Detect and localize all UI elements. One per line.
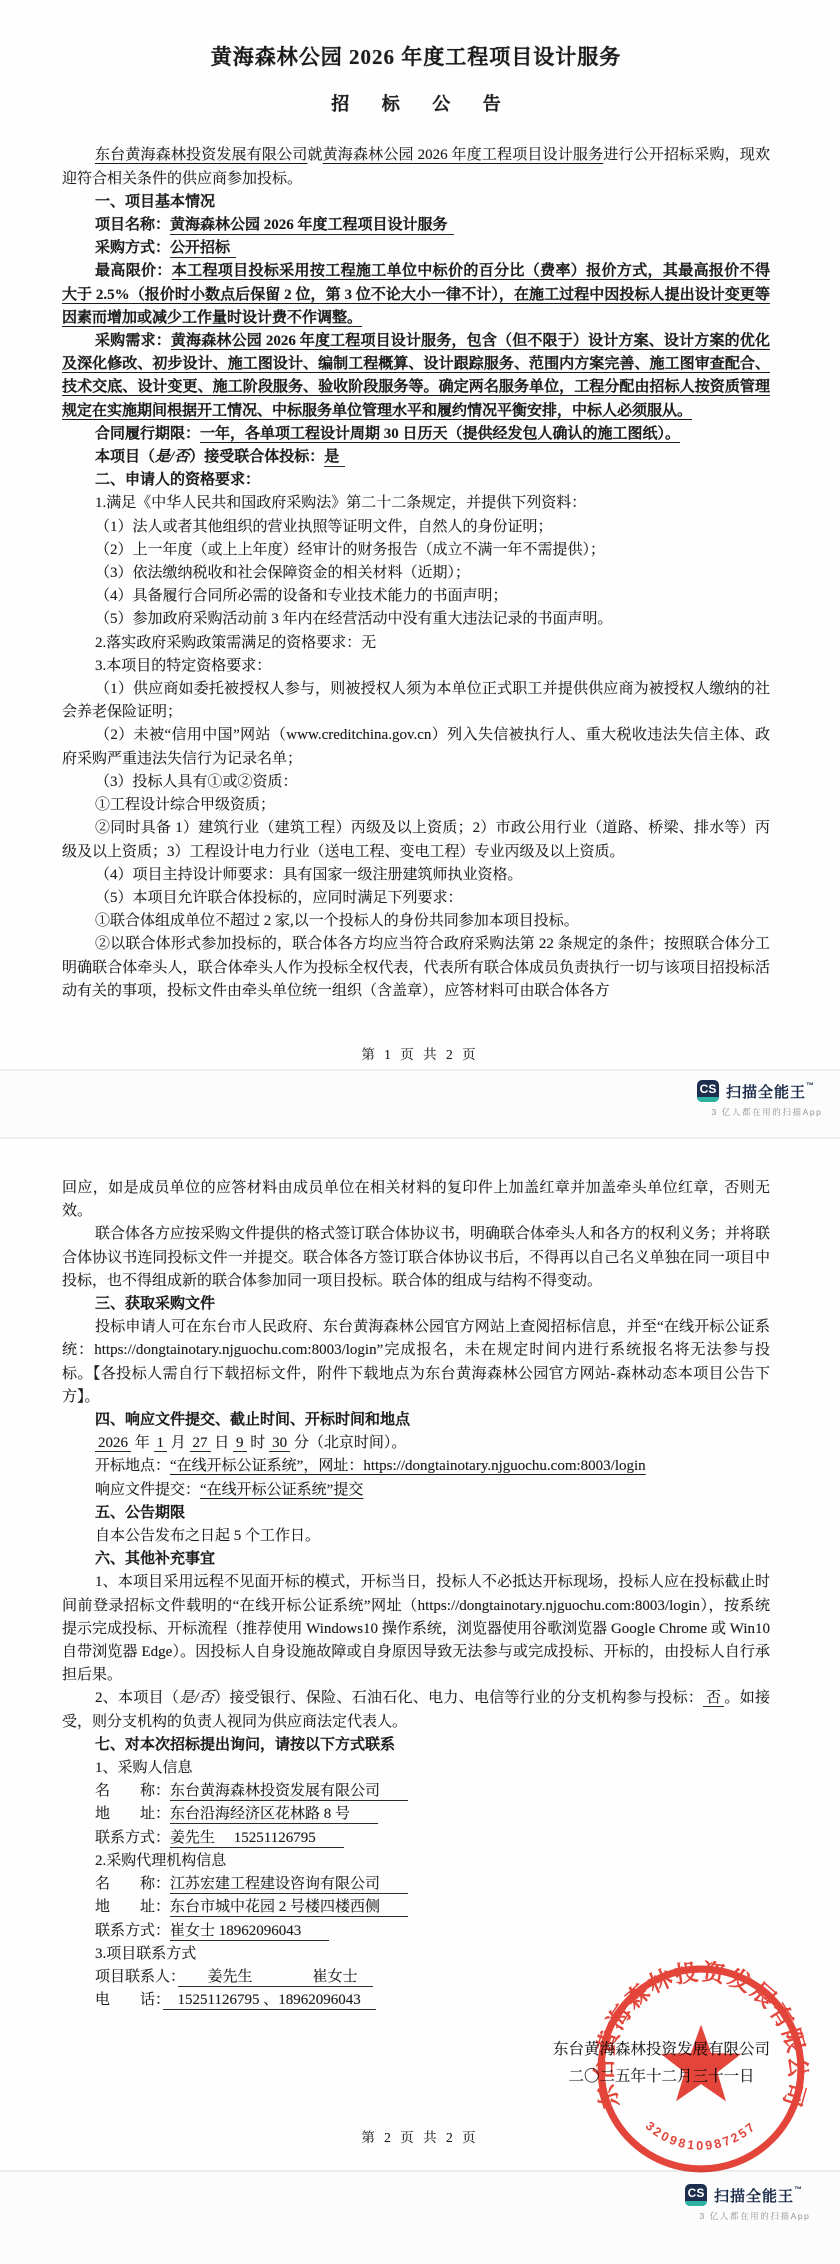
field-max-price: 最高限价：本工程项目投标采用按工程施工单位中标价的百分比（费率）报价方式，其最高…: [62, 260, 770, 330]
page-1-footer: 第 1 页 共 2 页: [0, 1043, 840, 1063]
purchaser-address: 东台沿海经济区花林路 8 号: [170, 1806, 378, 1824]
field-label: 最高限价：: [95, 263, 172, 279]
field-project-name: 项目名称：黄海森林公园 2026 年度工程项目设计服务: [62, 214, 770, 237]
page-1: 黄海森林公园 2026 年度工程项目设计服务 招 标 公 告 东台黄海森林投资发…: [0, 0, 840, 1071]
company-stamp: 东台黄海森林投资发展有限公司 3209810987257: [592, 1960, 810, 2178]
section-4-heading: 四、响应文件提交、截止时间、开标时间和地点: [62, 1409, 770, 1432]
field-label: 采购方式：: [95, 240, 170, 256]
contact-row: 联系方式：崔女士 18962096043: [62, 1920, 770, 1943]
month-value: 1: [154, 1435, 168, 1452]
project-phones: 15251126795 、18962096043: [163, 1992, 376, 2010]
contact-row: 名 称：江苏宏建工程建设咨询有限公司: [62, 1873, 770, 1896]
section-7-heading: 七、对本次招标提出询问，请按以下方式联系: [62, 1734, 770, 1757]
field-value: 一年，各单项工程设计周期 30 日历天（提供经发包人确认的施工图纸）。: [200, 426, 680, 442]
intro-paragraph: 东台黄海森林投资发展有限公司就黄海森林公园 2026 年度工程项目设计服务进行公…: [62, 144, 770, 190]
agency-company: 江苏宏建工程建设咨询有限公司: [170, 1876, 408, 1894]
purchaser-name: 东台黄海森林投资发展有限公司: [95, 147, 307, 163]
qualification-item: （5）参加政府采购活动前 3 年内在经营活动中没有重大违法记录的书面声明。: [62, 608, 770, 631]
page-2-content: 回应，如是成员单位的应答材料由成员单位在相关材料的复印件上加盖红章并加盖牵头单位…: [0, 1139, 840, 2012]
page-1-content: 黄海森林公园 2026 年度工程项目设计服务 招 标 公 告 东台黄海森林投资发…: [0, 46, 840, 1003]
trademark-symbol: ™: [806, 1081, 815, 1090]
watermark-title: 扫描全能王™: [714, 2185, 803, 2206]
qualification-item: （1）法人或者其他组织的营业执照等证明文件，自然人的身份证明；: [62, 516, 770, 539]
submission-method: “在线开标公证系统”提交: [200, 1482, 363, 1498]
qualification-item: ①工程设计综合甲级资质；: [62, 794, 770, 817]
branch-participation-paragraph: 2、本项目（是/否）接受银行、保险、石油石化、电力、电信等行业的分支机构参与投标…: [62, 1687, 770, 1733]
qualification-item: ②以联合体形式参加投标的，联合体各方均应当符合政府采购法第 22 条规定的条件；…: [62, 933, 770, 1003]
field-value: 公开招标: [170, 240, 236, 258]
joint-agreement-paragraph: 联合体各方应按采购文件提供的格式签订联合体协议书，明确联合体牵头人和各方的权利义…: [62, 1223, 770, 1293]
watermark-title: 扫描全能王™: [726, 1081, 815, 1102]
purchaser-company: 东台黄海森林投资发展有限公司: [170, 1783, 408, 1801]
day-value: 27: [190, 1435, 211, 1452]
contact-row: 名 称：东台黄海森林投资发展有限公司: [62, 1780, 770, 1803]
field-label: 合同履行期限：: [95, 426, 200, 442]
year-value: 2026: [95, 1435, 131, 1452]
scanned-document: 黄海森林公园 2026 年度工程项目设计服务 招 标 公 告 东台黄海森林投资发…: [0, 0, 840, 2264]
field-contract-term: 合同履行期限：一年，各单项工程设计周期 30 日历天（提供经发包人确认的施工图纸…: [62, 423, 770, 446]
contact-row: 联系方式：姜先生 15251126795: [62, 1827, 770, 1850]
section-1-heading: 一、项目基本情况: [62, 191, 770, 214]
qualification-item: （2）未被“信用中国”网站（www.creditchina.gov.cn）列入失…: [62, 724, 770, 770]
field-value: 黄海森林公园 2026 年度工程项目设计服务: [170, 217, 454, 235]
branch-answer: 否: [703, 1690, 724, 1707]
qualification-item: 2.落实政府采购政策需满足的资格要求：无: [62, 632, 770, 655]
qualification-item: （4）具备履行合同所必需的设备和专业技术能力的书面声明；: [62, 585, 770, 608]
stamp-star-icon: [661, 2025, 742, 2102]
contact-row: 地 址：东台沿海经济区花林路 8 号: [62, 1803, 770, 1826]
section-5-heading: 五、公告期限: [62, 1502, 770, 1525]
agency-info-heading: 2.采购代理机构信息: [62, 1850, 770, 1873]
qualification-item: 1.满足《中华人民共和国政府采购法》第二十二条规定，并提供下列资料：: [62, 492, 770, 515]
hour-value: 9: [233, 1435, 247, 1452]
field-procurement-demand: 采购需求：黄海森林公园 2026 年度工程项目设计服务，包含（但不限于）设计方案…: [62, 330, 770, 423]
qualification-item: ①联合体组成单位不超过 2 家,以一个投标人的身份共同参加本项目投标。: [62, 910, 770, 933]
field-procurement-method: 采购方式：公开招标: [62, 237, 770, 260]
bid-opening-datetime: 2026 年 1 月 27 日 9 时 30 分（北京时间）。: [62, 1432, 770, 1455]
camscanner-icon: CS: [697, 1080, 719, 1102]
qualification-item: （3）投标人具有①或②资质：: [62, 771, 770, 794]
agency-contact: 崔女士 18962096043: [170, 1923, 329, 1941]
trademark-symbol: ™: [794, 2185, 803, 2194]
announcement-period: 自本公告发布之日起 5 个工作日。: [62, 1525, 770, 1548]
watermark-subtitle: 3 亿人都在用的扫描App: [697, 1106, 837, 1118]
doc-title: 黄海森林公园 2026 年度工程项目设计服务: [62, 46, 770, 69]
camscanner-watermark: CS 扫描全能王™ 3 亿人都在用的扫描App: [697, 1080, 837, 1118]
field-joint-bid: 本项目（是/否）接受联合体投标：是: [62, 446, 770, 469]
qualification-item: （1）供应商如委托被授权人参与，则被授权人须为本单位正式职工并提供供应商为被授权…: [62, 678, 770, 724]
qualification-item: 3.本项目的特定资格要求：: [62, 655, 770, 678]
response-submission: 响应文件提交：“在线开标公证系统”提交: [62, 1479, 770, 1502]
purchaser-info-heading: 1、采购人信息: [62, 1757, 770, 1780]
stamp-number: 3209810987257: [643, 2119, 759, 2153]
section-3-heading: 三、获取采购文件: [62, 1293, 770, 1316]
venue-url: “在线开标公证系统”，网址：https://dongtainotary.njgu…: [170, 1458, 646, 1474]
contact-row: 地 址：东台市城中花园 2 号楼四楼西侧: [62, 1896, 770, 1919]
qualification-item: （2）上一年度（或上上年度）经审计的财务报告（成立不满一年不需提供）；: [62, 539, 770, 562]
remote-opening-paragraph: 1、本项目采用远程不见面开标的模式，开标当日，投标人不必抵达开标现场，投标人应在…: [62, 1571, 770, 1687]
yes-no-inline: 是/否: [155, 449, 189, 465]
qualification-item: （4）项目主持设计师要求：具有国家一级注册建筑师执业资格。: [62, 864, 770, 887]
section-2-heading: 二、申请人的资格要求：: [62, 469, 770, 492]
yes-no-inline: 是/否: [179, 1690, 214, 1706]
camscanner-icon: CS: [685, 2184, 707, 2206]
qualification-item: ②同时具备 1）建筑行业（建筑工程）丙级及以上资质；2）市政公用行业（道路、桥梁…: [62, 817, 770, 863]
field-label: 项目名称：: [95, 217, 170, 233]
document-acquisition-paragraph: 投标申请人可在东台市人民政府、东台黄海森林公园官方网站上查阅招标信息，并至“在线…: [62, 1316, 770, 1409]
purchaser-contact: 姜先生 15251126795: [170, 1830, 344, 1848]
watermark-subtitle: 3 亿人都在用的扫描App: [685, 2210, 825, 2222]
section-6-heading: 六、其他补充事宜: [62, 1548, 770, 1571]
project-contacts: 姜先生 崔女士: [178, 1969, 373, 1987]
joint-continuation-paragraph: 回应，如是成员单位的应答材料由成员单位在相关材料的复印件上加盖红章并加盖牵头单位…: [62, 1177, 770, 1223]
bid-opening-venue: 开标地点：“在线开标公证系统”，网址：https://dongtainotary…: [62, 1455, 770, 1478]
agency-address: 东台市城中花园 2 号楼四楼西侧: [170, 1899, 408, 1917]
qualification-item: （5）本项目允许联合体投标的，应同时满足下列要求：: [62, 887, 770, 910]
minute-value: 30: [269, 1435, 290, 1452]
camscanner-watermark: CS 扫描全能王™ 3 亿人都在用的扫描App: [685, 2184, 825, 2222]
project-name-inline: 黄海森林公园 2026 年度工程项目设计服务: [323, 147, 604, 163]
joint-bid-answer: 是: [324, 449, 345, 467]
field-label: 采购需求：: [95, 333, 171, 349]
svg-text:3209810987257: 3209810987257: [643, 2119, 759, 2153]
announcement-heading: 招 标 公 告: [62, 93, 770, 116]
qualification-item: （3）依法缴纳税收和社会保障资金的相关材料（近期）；: [62, 562, 770, 585]
